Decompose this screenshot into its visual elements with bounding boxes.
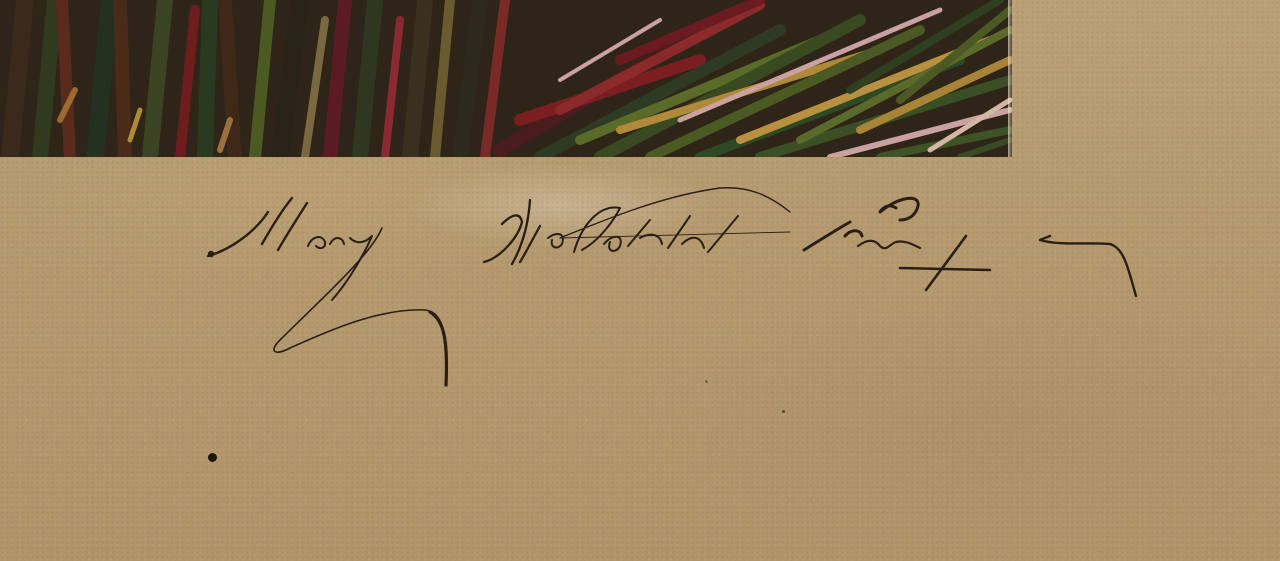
- painting-bottom-edge: [0, 0, 1012, 157]
- paper-speck: [705, 380, 708, 383]
- ink-dot: [208, 453, 217, 462]
- painted-grass-strokes: [0, 0, 1012, 157]
- paper-speck: [782, 410, 785, 413]
- painting-white-margin: [1008, 0, 1013, 157]
